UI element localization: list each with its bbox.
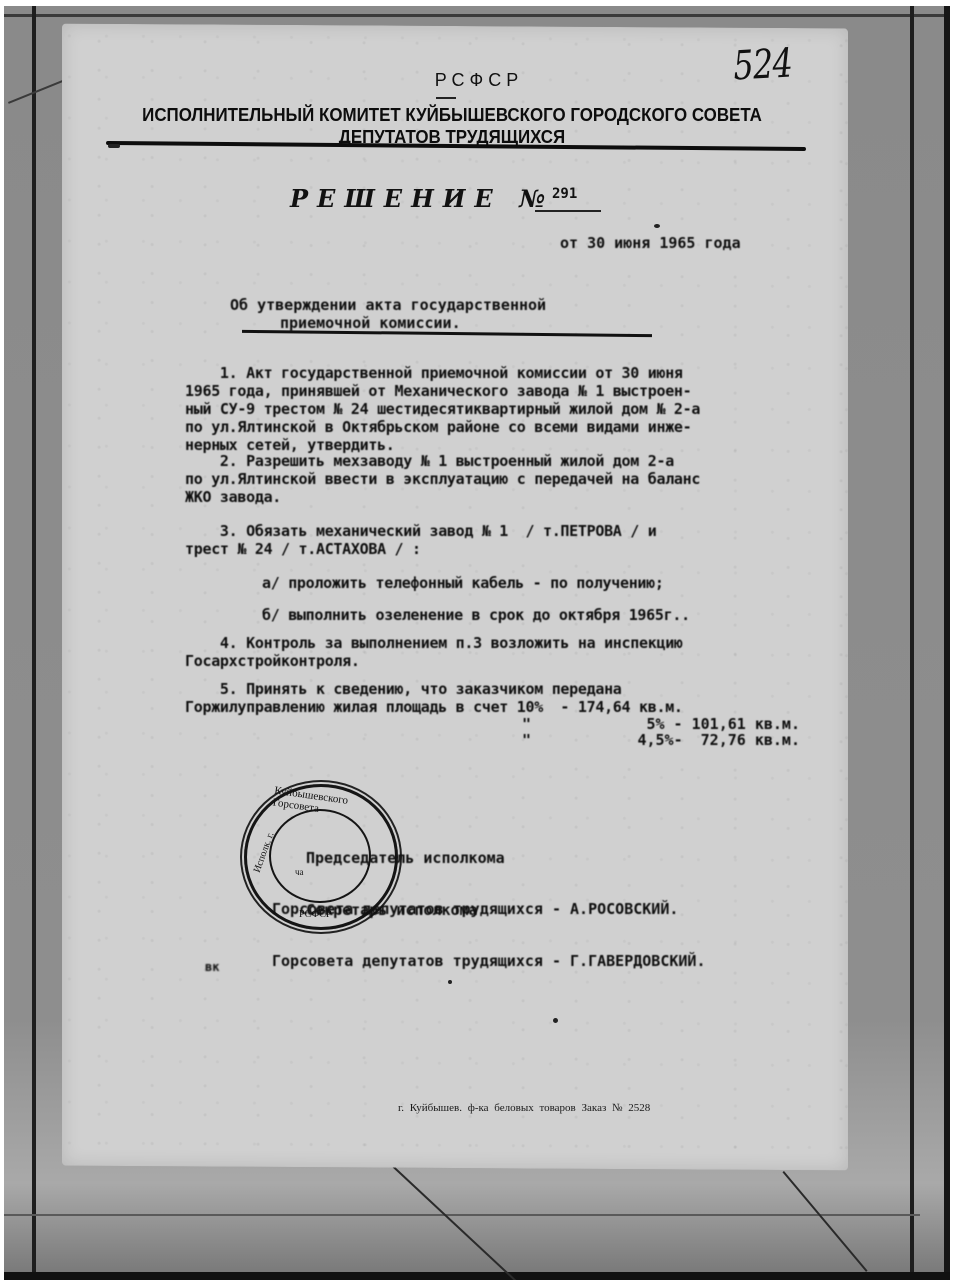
- allocation-list: " 5% - 101,61 кв.м. " 4,5% - 72,76 кв.м.: [520, 716, 800, 748]
- paper-speck: [448, 980, 452, 984]
- subject-line-1: Об утверждении акта государственной: [230, 296, 660, 314]
- paragraph-3b: б/ выполнить озеленение в срок до октябр…: [262, 606, 882, 624]
- frame-scratch: [782, 1171, 867, 1272]
- subject-line-2: приемочной комиссии.: [230, 314, 660, 332]
- paragraph-5: 5. Принять к сведению, что заказчиком пе…: [185, 680, 805, 716]
- frame-right-edge: [944, 6, 950, 1272]
- frame-bottom-line: [4, 1214, 920, 1216]
- letterhead-divider: [436, 97, 456, 99]
- allocation-dash: -: [674, 732, 701, 748]
- frame-top-line: [4, 14, 950, 17]
- allocation-percent: 4,5%: [637, 732, 673, 748]
- paragraph-2: 2. Разрешить мехзаводу № 1 выстроенный ж…: [185, 452, 805, 506]
- paragraph-1: 1. Акт государственной приемочной комисс…: [185, 364, 805, 454]
- committee-line-1: ИСПОЛНИТЕЛЬНЫЙ КОМИТЕТ КУЙБЫШЕВСКОГО ГОР…: [132, 104, 771, 126]
- signature-secretary: Секретарь исполкома Горсовета депутатов …: [272, 868, 832, 987]
- allocation-percent: 5%: [646, 716, 664, 732]
- letterhead-republic: РСФСР: [0, 70, 958, 91]
- allocation-row: " 4,5% - 72,76 кв.м.: [520, 732, 800, 748]
- allocation-dash: -: [665, 716, 692, 732]
- frame-scratch: [393, 1166, 519, 1280]
- frame-left-line: [32, 6, 36, 1272]
- decision-subject: Об утверждении акта государственной прие…: [230, 296, 660, 332]
- decision-number-underline: [535, 210, 601, 212]
- paper-speck: [654, 224, 660, 228]
- paper-speck: [553, 1018, 558, 1023]
- decision-number: 291: [552, 186, 577, 202]
- paragraph-4: 4. Контроль за выполнением п.3 возложить…: [185, 634, 805, 670]
- allocation-area: 72,76 кв.м.: [701, 732, 800, 748]
- paper-speck: [108, 144, 120, 148]
- allocation-area: 101,61 кв.м.: [692, 716, 800, 732]
- decision-date: от 30 июня 1965 года: [560, 234, 741, 252]
- paragraph-3: 3. Обязать механический завод № 1 / т.ПЕ…: [185, 522, 805, 558]
- printer-imprint: г. Куйбышев. ф-ка беловых товаров Заказ …: [398, 1102, 650, 1114]
- signature-title: Секретарь исполкома: [272, 902, 832, 919]
- frame-right-line: [910, 6, 914, 1272]
- typist-initials: вк: [205, 960, 219, 974]
- paragraph-3a: а/ проложить телефонный кабель - по полу…: [262, 574, 882, 592]
- signature-name: Горсовета депутатов трудящихся - Г.ГАВЕР…: [272, 953, 832, 970]
- decision-title: РЕШЕНИЕ №: [290, 184, 554, 213]
- allocation-row: " 5% - 101,61 кв.м.: [520, 716, 800, 732]
- ditto-mark: ": [522, 732, 531, 748]
- ditto-mark: ": [522, 716, 531, 732]
- signature-title: Председатель исполкома: [272, 850, 832, 867]
